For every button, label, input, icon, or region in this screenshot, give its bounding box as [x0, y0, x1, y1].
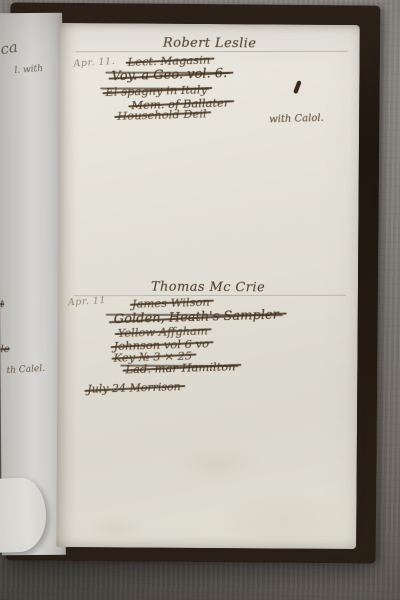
handwriting-fragment: l. with [14, 64, 43, 76]
ledger-entry: James Wilson [132, 295, 210, 311]
margin-date-note: Apr. 11 [68, 295, 107, 308]
strike-line [100, 87, 209, 89]
handwriting-fragment: th Calel. [6, 364, 45, 376]
ink-flourish [293, 80, 301, 94]
entry-section-robert-leslie: Robert Leslie Apr. 11. Lect. Magasin Voy… [59, 35, 360, 157]
ledger-entry: Lad. mar Hamilton [125, 359, 236, 376]
struck-fragment: le [0, 344, 9, 355]
section-heading: Thomas Mc Crie [58, 279, 358, 296]
ledger-entry: Household Deil [117, 106, 207, 122]
ledger-photo: ca l. with t le th Calel. Robert Leslie … [0, 0, 400, 600]
margin-date-note: Apr. 11. [73, 56, 115, 70]
dated-footer-entry: July 24 Morrison [87, 380, 181, 396]
section-heading: Robert Leslie [60, 35, 360, 52]
struck-fragment: t [0, 299, 4, 310]
ledger-page: Robert Leslie Apr. 11. Lect. Magasin Voy… [56, 23, 360, 549]
strike-line [120, 365, 238, 367]
side-note: with Calol. [269, 113, 324, 126]
handwriting-fragment: ca [0, 38, 19, 59]
ledger-entry: Voy. a Geo. vol. 6. [111, 66, 227, 84]
entry-section-thomas-mccrie: Thomas Mc Crie Apr. 11 James Wilson Gold… [57, 279, 358, 431]
